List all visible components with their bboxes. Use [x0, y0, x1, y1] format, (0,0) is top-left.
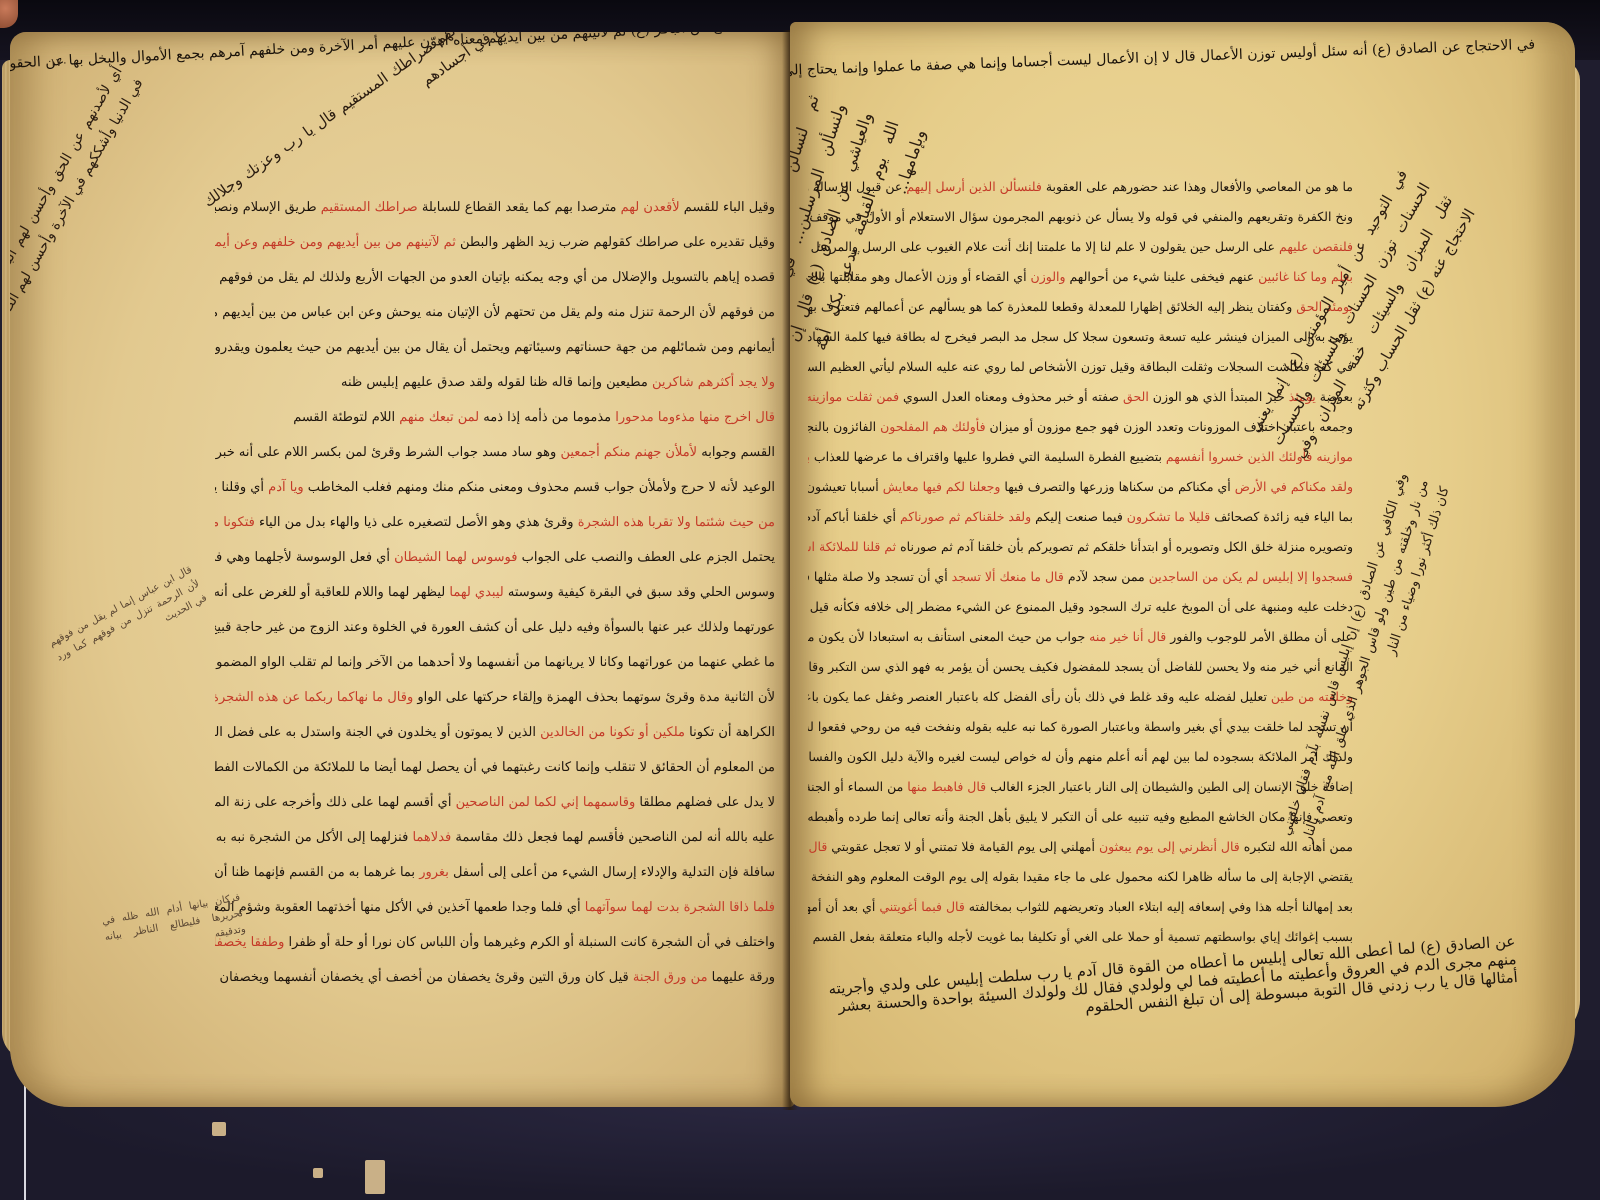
commentary-text: يؤتى به إلى الميزان فينشر عليه تسعة وتسع…	[808, 329, 1353, 344]
commentary-text: ما هو من المعاصي والأفعال وهذا عند حضوره…	[1042, 179, 1353, 194]
commentary-text: بما غرهما به من القسم فإنهما ظنا أن أحدا…	[215, 865, 419, 880]
left-main-text-block: وقيل الباء للقسم لأقعدن لهم مترصدا بهم ك…	[215, 190, 775, 960]
manuscript-line: الكراهة أن تكونا ملكين أو تكونا من الخال…	[215, 715, 775, 750]
left-page: في المجمع عن الباقر (ع) ثم لآتينهم من بي…	[10, 32, 795, 1107]
manuscript-line: فسجدوا إلا إبليس لم يكن من الساجدين ممن …	[808, 562, 1353, 592]
commentary-text: سافلة فإن التدلية والإدلاء إرسال الشيء م…	[449, 865, 775, 880]
commentary-text: وقيل تقديره على صراطك كقولهم ضرب زيد الظ…	[456, 235, 775, 250]
quran-verse-red: قال فاهبط منها	[907, 779, 986, 794]
commentary-text: على الرسل حين يقولون لا علم لنا إلا ما ع…	[808, 239, 1279, 254]
quran-verse-red: فسجدوا إلا إبليس لم يكن من الساجدين	[1149, 569, 1353, 584]
commentary-text: بتضييع الفطرة السليمة التي فطروا عليها و…	[810, 449, 1166, 464]
quran-verse-red: فوسوس لهما الشيطان	[394, 550, 517, 565]
commentary-text: الفائزون بالنجاة والثواب	[808, 419, 880, 434]
quran-verse-red: لمن تبعك منهم	[399, 410, 479, 425]
commentary-text: جواب من حيث المعنى استأنف به استبعادا لأ…	[808, 629, 1089, 644]
manuscript-line: عليه بالله أنه لمن الناصحين فأقسم لهما ف…	[215, 820, 775, 855]
manuscript-line: من حيث شئتما ولا تقربا هذه الشجرة وقرئ ه…	[215, 505, 775, 540]
manuscript-line: المانع أني خير منه ولا يحسن للفاضل أن يس…	[808, 652, 1353, 682]
manuscript-line: دخلت عليه ومنبهة على أن الموبخ عليه ترك …	[808, 592, 1353, 622]
commentary-text: وكفتان ينظر إليه الخلائق إظهارا للمعدلة …	[808, 299, 1296, 314]
manuscript-line: وتصويره منزلة خلق الكل وتصويره أو ابتدأن…	[808, 532, 1353, 562]
quran-verse-red: فأولئك هم المفلحون	[880, 419, 985, 434]
commentary-text: عنهم فيخفى علينا شيء من أحوالهم	[1066, 269, 1259, 284]
commentary-text: أي القضاء أو وزن الأعمال وهو مقابلتها با…	[808, 269, 1031, 284]
quran-verse-red: من ورق الجنة	[633, 970, 708, 985]
manuscript-line: بعلم وما كنا غائبين عنهم فيخفى علينا شيء…	[808, 262, 1353, 292]
commentary-text: أي خلقنا أباكم آدم طينا غير مصور ثم صورن…	[808, 509, 900, 524]
commentary-text: لا يدل على فضلهم مطلقا	[635, 795, 775, 810]
commentary-text: أسبابا تعيشون بها جمع معيشة وعن نافع أنه…	[808, 479, 883, 494]
manuscript-line: فلما ذاقا الشجرة بدت لهما سوآتهما أي فلم…	[215, 890, 775, 925]
manuscript-line: ورقة عليهما من ورق الجنة قيل كان ورق الت…	[215, 960, 775, 995]
commentary-text: الكراهة أن تكونا	[685, 725, 775, 740]
manuscript-line: أيمانهم ومن شمائلهم من جهة حسناتهم وسيئا…	[215, 330, 775, 365]
commentary-text: وتصويره منزلة خلق الكل وتصويره أو ابتدأن…	[896, 539, 1353, 554]
manuscript-line: الوعيد لأنه لا حرج ولأملأن جواب قسم محذو…	[215, 470, 775, 505]
commentary-text: القسم وجوابه	[697, 445, 775, 460]
commentary-text: يقتضي الإجابة إلى ما سأله ظاهرا لكنه محم…	[808, 869, 1353, 884]
commentary-text: قصده إياهم بالتسويل والإضلال من أي وجه ي…	[215, 270, 775, 285]
commentary-text: ما غطي عنهما من عوراتهما وكانا لا يريانه…	[215, 655, 775, 670]
quran-verse-red: قال ما منعك ألا تسجد	[952, 569, 1064, 584]
commentary-text: مذموما من ذأمه إذا ذمه	[479, 410, 615, 425]
commentary-text: دخلت عليه ومنبهة على أن الموبخ عليه ترك …	[808, 599, 1353, 614]
manuscript-line: وخلقته من طين تعليل لفضله عليه وقد غلط ف…	[808, 682, 1353, 712]
quran-verse-red: فتكونا من الظالمين	[215, 515, 255, 530]
commentary-text: وهو ساد مسد جواب الشرط وقرئ لمن بكسر الل…	[215, 445, 560, 460]
commentary-text: أمهلني إلى يوم القيامة فلا تمتني أو لا ت…	[827, 839, 1099, 854]
commentary-text: مترصدا بهم كما يقعد القطاع للسابلة	[418, 200, 621, 215]
paper-fragment	[212, 1122, 226, 1136]
manuscript-line: قال اخرج منها مذءوما مدحورا مذموما من ذأ…	[215, 400, 775, 435]
right-page: في الاحتجاج عن الصادق (ع) أنه سئل أوليس …	[790, 22, 1575, 1107]
quran-verse-red: وقال ما نهاكما ربكما عن هذه الشجرة إلا أ…	[215, 690, 413, 705]
quran-verse-red: ولا يجد أكثرهم شاكرين	[652, 375, 775, 390]
manuscript-line: وقيل تقديره على صراطك كقولهم ضرب زيد الظ…	[215, 225, 775, 260]
manuscript-line: واختلف في أن الشجرة كانت السنبلة أو الكر…	[215, 925, 775, 960]
manuscript-line: القسم وجوابه لأملأن جهنم منكم أجمعين وهو…	[215, 435, 775, 470]
manuscript-line: موازينه فأولئك الذين خسروا أنفسهم بتضييع…	[808, 442, 1353, 472]
manuscript-line: فلنقصن عليهم على الرسل حين يقولون لا علم…	[808, 232, 1353, 262]
commentary-text: من المعلوم أن الحقائق لا تنقلب وإنما كان…	[215, 760, 775, 775]
quran-verse-red: ليبدي لهما	[449, 585, 503, 600]
manuscript-line: يومئذ الحق وكفتان ينظر إليه الخلائق إظها…	[808, 292, 1353, 322]
commentary-text: ليظهر لهما واللام للعاقبة أو للغرض على أ…	[215, 585, 449, 600]
commentary-text: وقرئ هذي وهو الأصل لتصغيره على ذيا والها…	[255, 515, 578, 530]
commentary-text: مطيعين وإنما قاله ظنا لقوله ولقد صدق علي…	[341, 375, 652, 390]
commentary-text: أي مكناكم من سكناها وزرعها والتصرف فيها	[1000, 479, 1234, 494]
right-page-header: في الاحتجاج عن الصادق (ع) أنه سئل أوليس …	[790, 37, 1535, 84]
quran-verse-red: ولقد خلقناكم ثم صورناكم	[900, 509, 1031, 524]
manuscript-line: ممن أهانه الله لتكبره قال أنظرني إلى يوم…	[808, 832, 1353, 862]
manuscript-line: بما الياء فيه زائدة كصحائف قليلا ما تشكر…	[808, 502, 1353, 532]
commentary-text: أي أن تسجد ولا صلة مثلها في لئلا يعلم مؤ…	[808, 569, 952, 584]
commentary-text: قيل كان ورق التين وقرئ يخصفان من أخصف أي…	[215, 970, 633, 985]
manuscript-line: يؤتى به إلى الميزان فينشر عليه تسعة وتسع…	[808, 322, 1353, 352]
commentary-text: أي وقلنا يا آدم	[215, 480, 268, 495]
quran-verse-red: قال أنا خير منه	[1089, 629, 1166, 644]
quran-verse-red: قال أنظرني إلى يوم يبعثون	[1099, 839, 1240, 854]
quran-verse-red: فمن ثقلت موازينه	[808, 389, 899, 404]
commentary-text: أي بعد أن أمهلتني لأجتهدن في إغوائهم	[808, 899, 879, 914]
commentary-text: الوعيد لأنه لا حرج ولأملأن جواب قسم محذو…	[304, 480, 775, 495]
manuscript-line: بسبب إغوائك إياي بواسطتهم تسمية أو حملا …	[808, 922, 1353, 952]
manuscript-line: من المعلوم أن الحقائق لا تنقلب وإنما كان…	[215, 750, 775, 785]
quran-verse-red: قليلا ما تشكرون	[1127, 509, 1210, 524]
commentary-text: اللام لتوطئة القسم	[293, 410, 399, 425]
commentary-text: الذين لا يموتون أو يخلدون في الجنة واستد…	[215, 725, 540, 740]
manuscript-line: لا يدل على فضلهم مطلقا وقاسمهما إني لكما…	[215, 785, 775, 820]
quran-verse-red: بغرور	[419, 865, 449, 880]
quran-verse-red: الحق	[1123, 389, 1149, 404]
quran-verse-red: قال فبما أغويتني	[879, 899, 965, 914]
commentary-text: بعد إمهالنا أجله هذا وفي إسعافه إليه ابت…	[965, 899, 1353, 914]
quran-verse-red: فلنسألن الذين أرسل إليهم	[906, 179, 1042, 194]
quran-verse-red: ولقد مكناكم في الأرض	[1235, 479, 1353, 494]
quran-verse-red: صراطك المستقيم	[321, 200, 418, 215]
quran-verse-red: ثم قلنا للملائكة اسجدوا لآدم	[808, 539, 896, 554]
paper-fragment	[365, 1160, 385, 1194]
commentary-text: بما الياء فيه زائدة كصحائف	[1210, 509, 1353, 524]
commentary-text: بسبب إغوائك إياي بواسطتهم تسمية أو حملا …	[808, 929, 1353, 944]
quran-verse-red: والوزن	[1031, 269, 1066, 284]
manuscript-line: ما هو من المعاصي والأفعال وهذا عند حضوره…	[808, 172, 1353, 202]
manuscript-line: لأن الثانية مدة وقرئ سوتهما بحذف الهمزة …	[215, 680, 775, 715]
commentary-text: من فوقهم لأن الرحمة تنزل منه ولم يقل من …	[215, 305, 775, 320]
manuscript-line: ولقد مكناكم في الأرض أي مكناكم من سكناها…	[808, 472, 1353, 502]
manuscript-line: على أن مطلق الأمر للوجوب والفور قال أنا …	[808, 622, 1353, 652]
manuscript-line: يحتمل الجزم على العطف والنصب على الجواب …	[215, 540, 775, 575]
commentary-text: يحتمل الجزم على العطف والنصب على الجواب	[517, 550, 775, 565]
commentary-text: عليه بالله أنه لمن الناصحين فأقسم لهما ف…	[451, 830, 775, 845]
manuscript-line: ولا يجد أكثرهم شاكرين مطيعين وإنما قاله …	[215, 365, 775, 400]
commentary-text: على أن مطلق الأمر للوجوب والفور	[1166, 629, 1353, 644]
paper-fragment	[313, 1168, 323, 1178]
manuscript-line: عورتهما ولذلك عبر عنها بالسوأة وفيه دليل…	[215, 610, 775, 645]
quran-verse-red: فدلاهما	[412, 830, 451, 845]
page-number: ١٧٠	[50, 56, 68, 69]
quran-verse-red: فلما ذاقا الشجرة بدت لهما سوآتهما	[585, 900, 775, 915]
commentary-text: أن تسجد لما خلقت بيدي أي بغير واسطة وباع…	[808, 719, 1353, 734]
commentary-text: عن قبول الرسالة وإجابتهم الرسل	[808, 179, 906, 194]
commentary-text: تعليل لفضله عليه وقد غلط في ذلك بأن رأى …	[808, 689, 1271, 704]
manuscript-line: وسوس الحلي وقد سبق في البقرة كيفية وسوست…	[215, 575, 775, 610]
manuscript-line: ما غطي عنهما من عوراتهما وكانا لا يريانه…	[215, 645, 775, 680]
quran-verse-red: لأقعدن لهم	[621, 200, 680, 215]
commentary-text: أي أقسم لهما على ذلك وأخرجه على زنة المف…	[215, 795, 456, 810]
quran-verse-red: من حيث شئتما ولا تقربا هذه الشجرة	[578, 515, 775, 530]
manuscript-line: قصده إياهم بالتسويل والإضلال من أي وجه ي…	[215, 260, 775, 295]
commentary-text: صفته أو خبر محذوف ومعناه العدل السوي	[899, 389, 1123, 404]
manuscript-line: سافلة فإن التدلية والإدلاء إرسال الشيء م…	[215, 855, 775, 890]
quran-verse-red: وقاسمهما إني لكما لمن الناصحين	[456, 795, 636, 810]
manuscript-line: بعد إمهالنا أجله هذا وفي إسعافه إليه ابت…	[808, 892, 1353, 922]
commentary-text: عورتهما ولذلك عبر عنها بالسوأة وفيه دليل…	[215, 620, 775, 635]
manuscript-line: وقيل الباء للقسم لأقعدن لهم مترصدا بهم ك…	[215, 190, 775, 225]
commentary-text: واختلف في أن الشجرة كانت السنبلة أو الكر…	[284, 935, 775, 950]
commentary-text: وقيل الباء للقسم	[680, 200, 775, 215]
commentary-text: أيمانهم ومن شمائلهم من جهة حسناتهم وسيئا…	[215, 340, 775, 355]
manuscript-line: يقتضي الإجابة إلى ما سأله ظاهرا لكنه محم…	[808, 862, 1353, 892]
quran-verse-red: وجعلنا لكم فيها معايش	[883, 479, 1001, 494]
margin-note-bottom-dense: عن الصادق (ع) لما أعطى الله تعالى إبليس …	[796, 932, 1523, 1107]
commentary-text: وسوس الحلي وقد سبق في البقرة كيفية وسوست…	[504, 585, 775, 600]
commentary-text: لأن الثانية مدة وقرئ سوتهما بحذف الهمزة …	[413, 690, 775, 705]
quran-verse-red: قال إنك من المنظرين	[808, 839, 827, 854]
commentary-text: أي فلما وجدا طعمها آخذين في الأكل منها أ…	[215, 900, 585, 915]
commentary-text: ونخ الكفرة وتقريعهم والمنفي في قوله ولا …	[808, 209, 1353, 224]
commentary-text: ورقة عليهما	[708, 970, 775, 985]
right-main-text-block: ما هو من المعاصي والأفعال وهذا عند حضوره…	[808, 172, 1353, 952]
quran-verse-red: قال اخرج منها مذءوما مدحورا	[615, 410, 775, 425]
quran-verse-red: ويا آدم	[268, 480, 303, 495]
commentary-text: فنزلهما إلى الأكل من الشجرة نبه به على أ…	[215, 830, 412, 845]
manuscript-line: من فوقهم لأن الرحمة تنزل منه ولم يقل من …	[215, 295, 775, 330]
quran-verse-red: ملكين أو تكونا من الخالدين	[540, 725, 685, 740]
quran-verse-red: لأملأن جهنم منكم أجمعين	[560, 445, 697, 460]
manuscript-line: ونخ الكفرة وتقريعهم والمنفي في قوله ولا …	[808, 202, 1353, 232]
quran-verse-red: ثم لآتينهم من بين أيديهم ومن خلفهم وعن أ…	[215, 235, 456, 250]
commentary-text: طريق الإسلام ونصبه على الظرف	[215, 200, 321, 215]
commentary-text: فيما صنعت إليكم	[1031, 509, 1127, 524]
commentary-text: المانع أني خير منه ولا يحسن للفاضل أن يس…	[808, 659, 1353, 674]
commentary-text: أي فعل الوسوسة لأجلهما وهي في الأصل الصو…	[215, 550, 394, 565]
commentary-text: ممن سجد لآدم	[1064, 569, 1149, 584]
